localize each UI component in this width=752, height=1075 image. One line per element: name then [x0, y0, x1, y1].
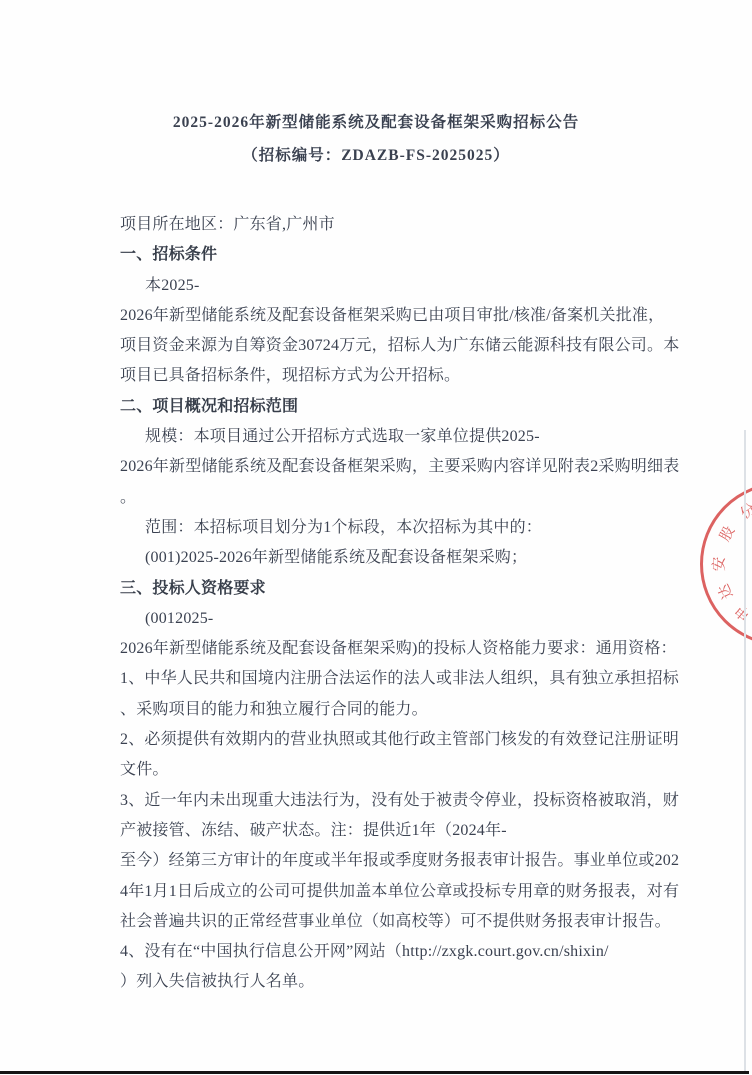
text-line: 本2025- [120, 271, 680, 301]
seal-character: 安 [712, 556, 728, 572]
scan-edge-right [744, 430, 746, 1072]
text-line: 、采购项目的能力和独立履行合同的能力。 [120, 695, 680, 725]
text-line: ）列入失信被执行人名单。 [120, 967, 680, 997]
section-heading-3: 三、投标人资格要求 [120, 574, 680, 604]
requirement-4-line: 4、没有在“中国执行信息公开网”网站（http://zxgk.court.gov… [120, 937, 680, 967]
lot-001-line: (001)2025-2026年新型储能系统及配套设备框架采购； [120, 543, 680, 573]
text-line: 2026年新型储能系统及配套设备框架采购已由项目审批/核准/备案机关批准， [120, 301, 680, 331]
project-location-line: 项目所在地区：广东省,广州市 [120, 210, 680, 240]
text-line: 范围：本招标项目划分为1个标段，本次招标为其中的： [120, 513, 680, 543]
scan-edge-bottom [0, 1071, 749, 1074]
requirement-3-line: 3、近一年内未出现重大违法行为，没有处于被责令停业，投标资格被取消，财 [120, 786, 680, 816]
document-title: 2025-2026年新型储能系统及配套设备框架采购招标公告 [0, 112, 752, 134]
text-line: 4年1月1日后成立的公司可提供加盖本单位公章或投标专用章的财务报表，对有 [120, 877, 680, 907]
section-heading-1: 一、招标条件 [120, 240, 680, 270]
tender-number: （招标编号：ZDAZB-FS-2025025） [0, 145, 752, 167]
document-body: 项目所在地区：广东省,广州市 一、招标条件 本2025- 2026年新型储能系统… [120, 210, 680, 998]
text-line: 。 [120, 483, 680, 513]
scanned-tender-announcement-page: 2025-2026年新型储能系统及配套设备框架采购招标公告 （招标编号：ZDAZ… [0, 0, 752, 1075]
text-line: 产被接管、冻结、破产状态。注：提供近1年（2024年- [120, 816, 680, 846]
text-line: 文件。 [120, 755, 680, 785]
requirement-2-line: 2、必须提供有效期内的营业执照或其他行政主管部门核发的有效登记注册证明 [120, 725, 680, 755]
text-line: (0012025- [120, 604, 680, 634]
text-line: 至今）经第三方审计的年度或半年报或季度财务报表审计报告。事业单位或202 [120, 846, 680, 876]
text-line: 社会普遍共识的正常经营事业单位（如高校等）可不提供财务报表审计报告。 [120, 907, 680, 937]
section-heading-2: 二、项目概况和招标范围 [120, 392, 680, 422]
text-line: 2026年新型储能系统及配套设备框架采购，主要采购内容详见附表2采购明细表 [120, 452, 680, 482]
text-line: 项目已具备招标条件，现招标方式为公开招标。 [120, 361, 680, 391]
requirement-1-line: 1、中华人民共和国境内注册合法运作的法人或非法人组织，具有独立承担招标 [120, 664, 680, 694]
text-line: 2026年新型储能系统及配套设备框架采购)的投标人资格能力要求：通用资格： [120, 634, 680, 664]
text-line: 规模：本项目通过公开招标方式选取一家单位提供2025- [120, 422, 680, 452]
text-line: 项目资金来源为自筹资金30724万元，招标人为广东储云能源科技有限公司。本 [120, 331, 680, 361]
